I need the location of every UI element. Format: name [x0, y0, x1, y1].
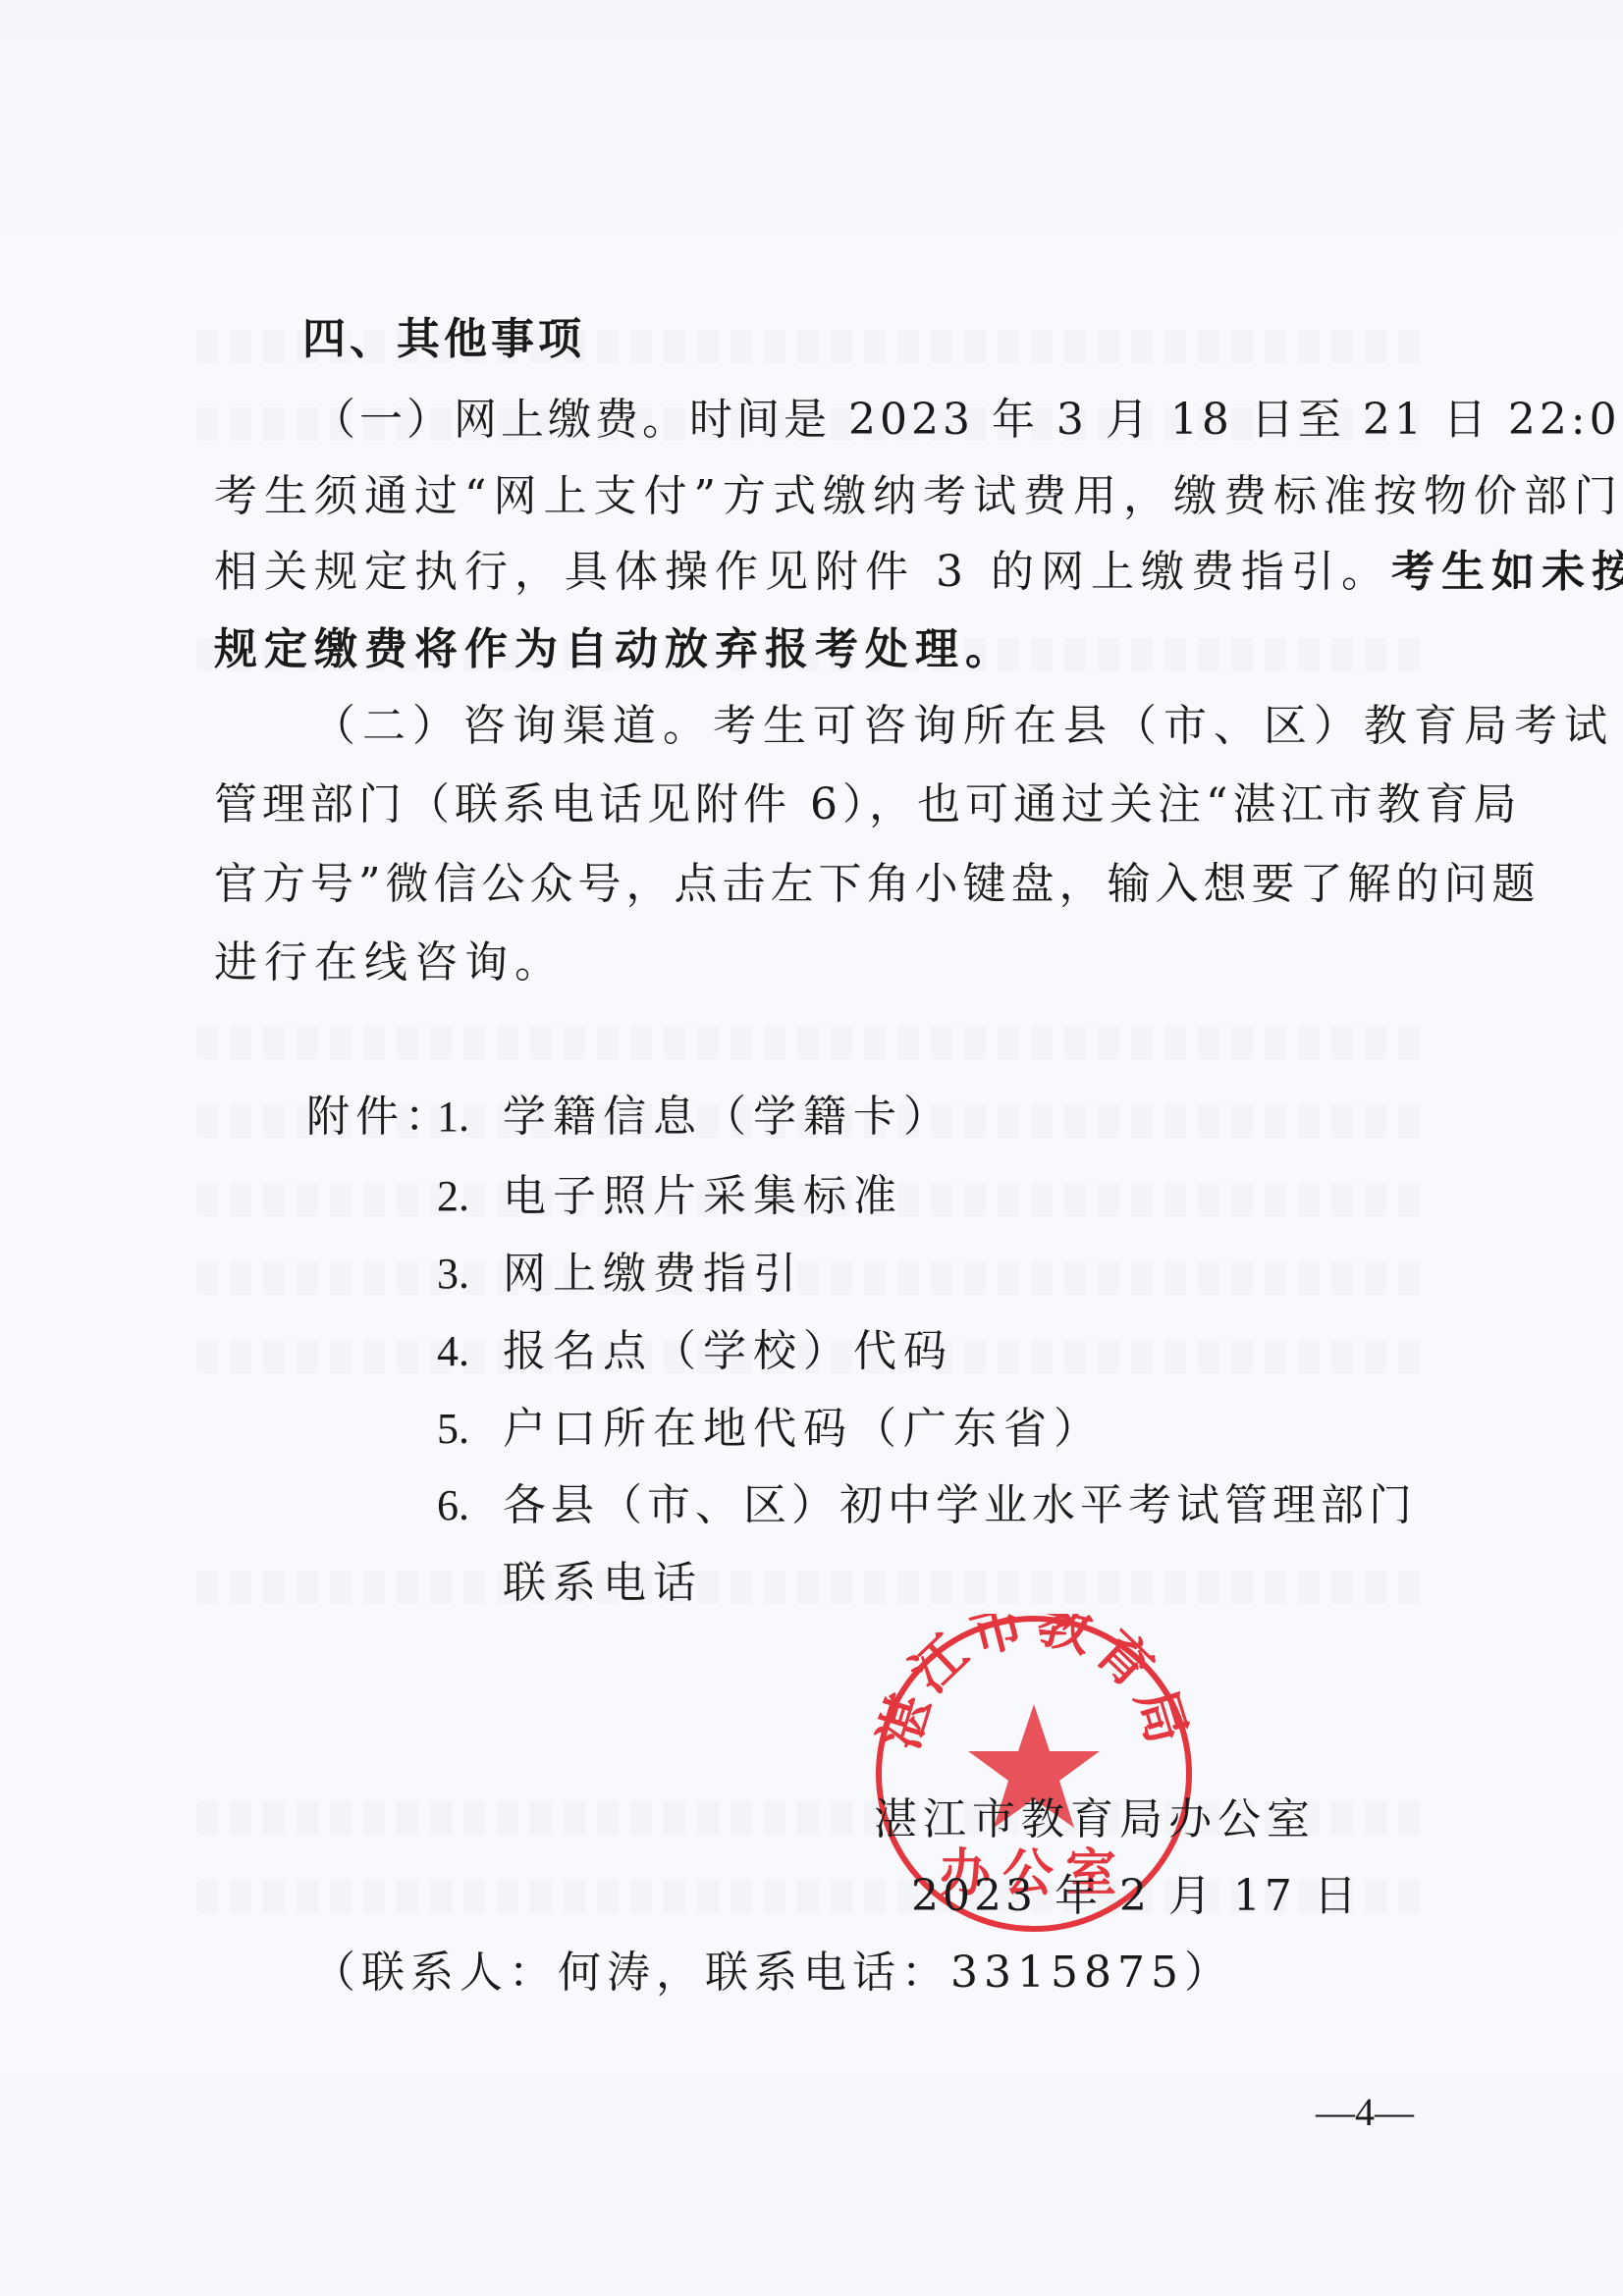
attachment-item: 网上缴费指引 — [503, 1247, 803, 1302]
seal-top-text: 湛江市教育局 — [872, 1614, 1196, 1756]
payment-paragraph-line-3-text: 相关规定执行，具体操作见附件 3 的网上缴费指引。 — [214, 547, 1391, 597]
svg-text:湛江市教育局: 湛江市教育局 — [872, 1614, 1196, 1756]
document-page: 四、其他事项 （一）网上缴费。时间是 2023 年 3 月 18 日至 21 日… — [0, 0, 1623, 2296]
attachment-number: 4. — [437, 1324, 469, 1379]
attachment-number: 1. — [437, 1090, 469, 1145]
show-through-artifact — [196, 1026, 1424, 1059]
page-number: —4— — [1316, 2085, 1414, 2140]
consultation-paragraph-line-3: 官方号”微信公众号，点击左下角小键盘，输入想要了解的问题 — [214, 857, 1541, 912]
consultation-paragraph-line-2: 管理部门（联系电话见附件 6），也可通过关注“湛江市教育局 — [214, 777, 1521, 832]
show-through-artifact — [196, 1261, 1424, 1295]
contact-info: （联系人：何涛，联系电话：3315875） — [312, 1946, 1233, 2001]
attachment-item: 电子照片采集标准 — [503, 1169, 903, 1224]
show-through-artifact — [196, 1571, 1424, 1604]
payment-paragraph-line-2: 考生须通过“网上支付”方式缴纳考试费用，缴费标准按物价部门 — [214, 469, 1623, 524]
attachment-item: 学籍信息（学籍卡） — [503, 1090, 953, 1145]
attachment-item: 报名点（学校）代码 — [503, 1324, 953, 1379]
issue-date: 2023 年 2 月 17 日 — [911, 1869, 1361, 1924]
consultation-paragraph-line-1: （二）咨询渠道。考生可咨询所在县（市、区）教育局考试 — [312, 699, 1614, 754]
attachments-label: 附件： — [306, 1090, 454, 1145]
attachment-number: 5. — [437, 1402, 469, 1457]
attachment-number: 6. — [437, 1478, 469, 1533]
payment-paragraph-line-3: 相关规定执行，具体操作见附件 3 的网上缴费指引。考生如未按 — [214, 545, 1623, 600]
attachment-number: 2. — [437, 1169, 469, 1224]
payment-paragraph-line-1: （一）网上缴费。时间是 2023 年 3 月 18 日至 21 日 22:00， — [312, 393, 1623, 448]
consultation-paragraph-line-4: 进行在线咨询。 — [214, 935, 565, 990]
attachment-item: 各县（市、区）初中学业水平考试管理部门 — [503, 1478, 1417, 1533]
attachment-number: 3. — [437, 1247, 469, 1302]
issuing-organization: 湛江市教育局办公室 — [874, 1792, 1316, 1847]
attachment-item: 户口所在地代码（广东省） — [503, 1402, 1104, 1457]
section-heading: 四、其他事项 — [302, 312, 585, 367]
payment-warning-bold-start: 考生如未按 — [1391, 547, 1623, 597]
payment-warning-bold: 规定缴费将作为自动放弃报考处理。 — [214, 622, 1015, 677]
attachment-item-continuation: 联系电话 — [503, 1556, 703, 1611]
